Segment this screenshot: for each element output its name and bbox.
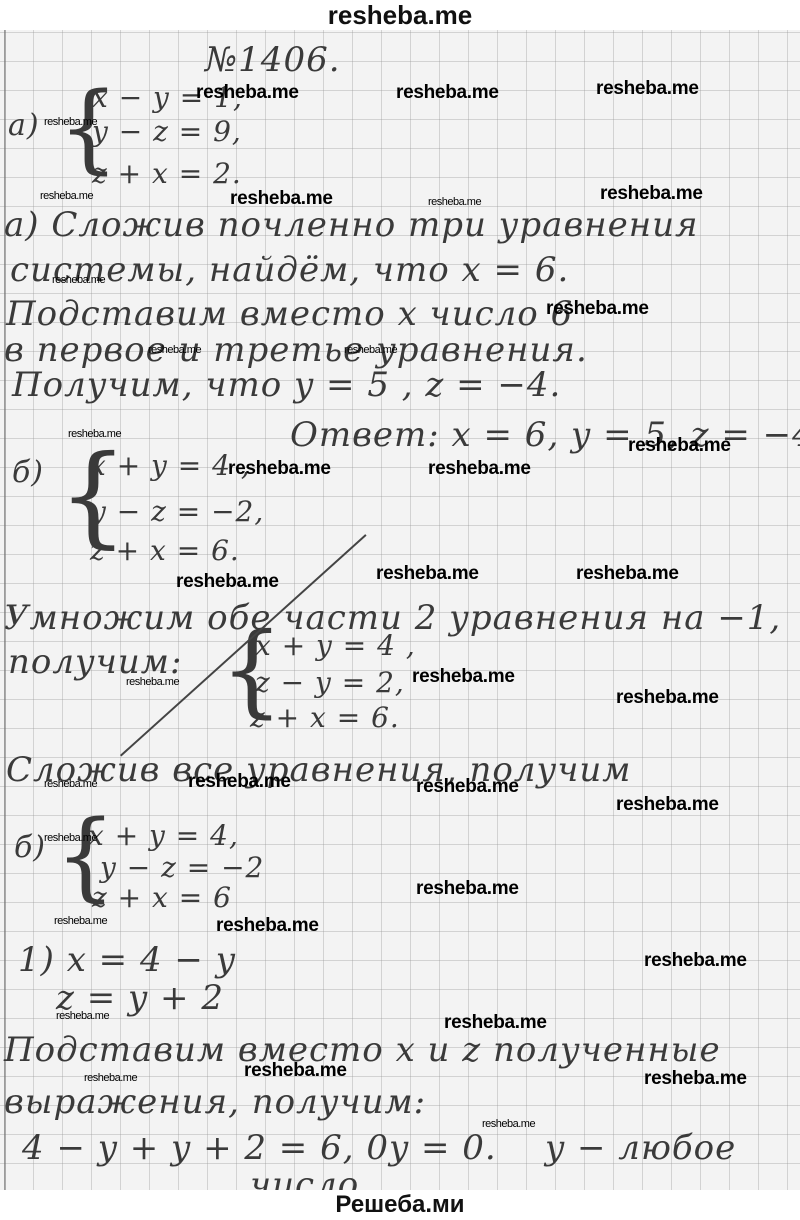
part-b-system2-eq-1: x + y = 4 ,: [255, 630, 416, 662]
watermark: resheba.me: [616, 687, 719, 709]
part-b2-conclusion-2: число.: [250, 1165, 371, 1190]
watermark: resheba.me: [56, 1010, 109, 1022]
part-a-eq-3: z + x = 2.: [92, 158, 242, 190]
watermark: resheba.me: [546, 298, 649, 320]
watermark: resheba.me: [396, 82, 499, 104]
watermark: resheba.me: [44, 832, 97, 844]
part-a-label: а): [8, 108, 40, 143]
site-header-watermark: resheba.me: [0, 0, 800, 30]
part-b2-equation: 4 − y + y + 2 = 6, 0y = 0.: [22, 1128, 497, 1168]
watermark: resheba.me: [228, 458, 331, 480]
part-b2-substitute-line-2: выражения, получим:: [4, 1082, 426, 1122]
watermark: resheba.me: [416, 776, 519, 798]
watermark: resheba.me: [344, 344, 397, 356]
problem-number: №1406.: [205, 40, 341, 80]
part-a-solution-line-4: в первое и третье уравнения.: [4, 330, 588, 370]
part-b-add-text: Сложив все уравнения, получим: [6, 750, 632, 790]
watermark: resheba.me: [40, 190, 93, 202]
watermark: resheba.me: [628, 435, 731, 457]
part-a-solution-line-1: а) Сложив почленно три уравнения: [4, 205, 699, 245]
watermark: resheba.me: [84, 1072, 137, 1084]
part-b2-step-1: 1) x = 4 − y: [18, 940, 236, 980]
part-a-solution-line-5: Получим, что y = 5 , z = −4.: [12, 365, 561, 405]
watermark: resheba.me: [616, 794, 719, 816]
watermark: resheba.me: [52, 274, 105, 286]
part-b2-conclusion-1: y − любое: [545, 1128, 736, 1168]
watermark: resheba.me: [644, 950, 747, 972]
watermark: resheba.me: [196, 82, 299, 104]
part-b2-substitute-line-1: Подставим вместо x и z полученные: [4, 1030, 721, 1070]
watermark: resheba.me: [376, 563, 479, 585]
part-b-eq-3: z + x = 6.: [90, 535, 240, 567]
notebook-page: №1406. а) { x − y = 1, y − z = 9, z + x …: [0, 30, 800, 1190]
watermark: resheba.me: [416, 878, 519, 900]
site-footer-watermark: Решеба.ми: [0, 1190, 800, 1220]
part-b2-label: б): [14, 830, 46, 865]
watermark: resheba.me: [600, 183, 703, 205]
watermark: resheba.me: [54, 915, 107, 927]
watermark: resheba.me: [188, 771, 291, 793]
part-b-system2-eq-2: z − y = 2,: [255, 667, 405, 699]
watermark: resheba.me: [216, 915, 319, 937]
watermark: resheba.me: [44, 778, 97, 790]
part-b2-eq-2: y − z = −2: [100, 852, 264, 884]
part-b-system2-eq-3: z + x = 6.: [250, 702, 400, 734]
part-a-solution-line-3: Подставим вместо x число 6: [6, 294, 573, 334]
part-b-label: б): [12, 455, 44, 490]
watermark: resheba.me: [68, 428, 121, 440]
watermark: resheba.me: [126, 676, 179, 688]
watermark: resheba.me: [444, 1012, 547, 1034]
watermark: resheba.me: [244, 1060, 347, 1082]
watermark: resheba.me: [482, 1118, 535, 1130]
part-a-eq-2: y − z = 9,: [92, 116, 242, 148]
part-b2-eq-3: z + x = 6: [92, 882, 232, 914]
part-b-eq-2: y − z = −2,: [90, 496, 264, 528]
watermark: resheba.me: [44, 116, 97, 128]
watermark: resheba.me: [230, 188, 333, 210]
watermark: resheba.me: [596, 78, 699, 100]
watermark: resheba.me: [428, 196, 481, 208]
watermark: resheba.me: [576, 563, 679, 585]
watermark: resheba.me: [644, 1068, 747, 1090]
part-b2-eq-1: x + y = 4,: [88, 820, 239, 852]
watermark: resheba.me: [176, 571, 279, 593]
part-b-eq-1: x + y = 4 ,: [90, 450, 251, 482]
watermark: resheba.me: [412, 666, 515, 688]
watermark: resheba.me: [428, 458, 531, 480]
watermark: resheba.me: [148, 344, 201, 356]
